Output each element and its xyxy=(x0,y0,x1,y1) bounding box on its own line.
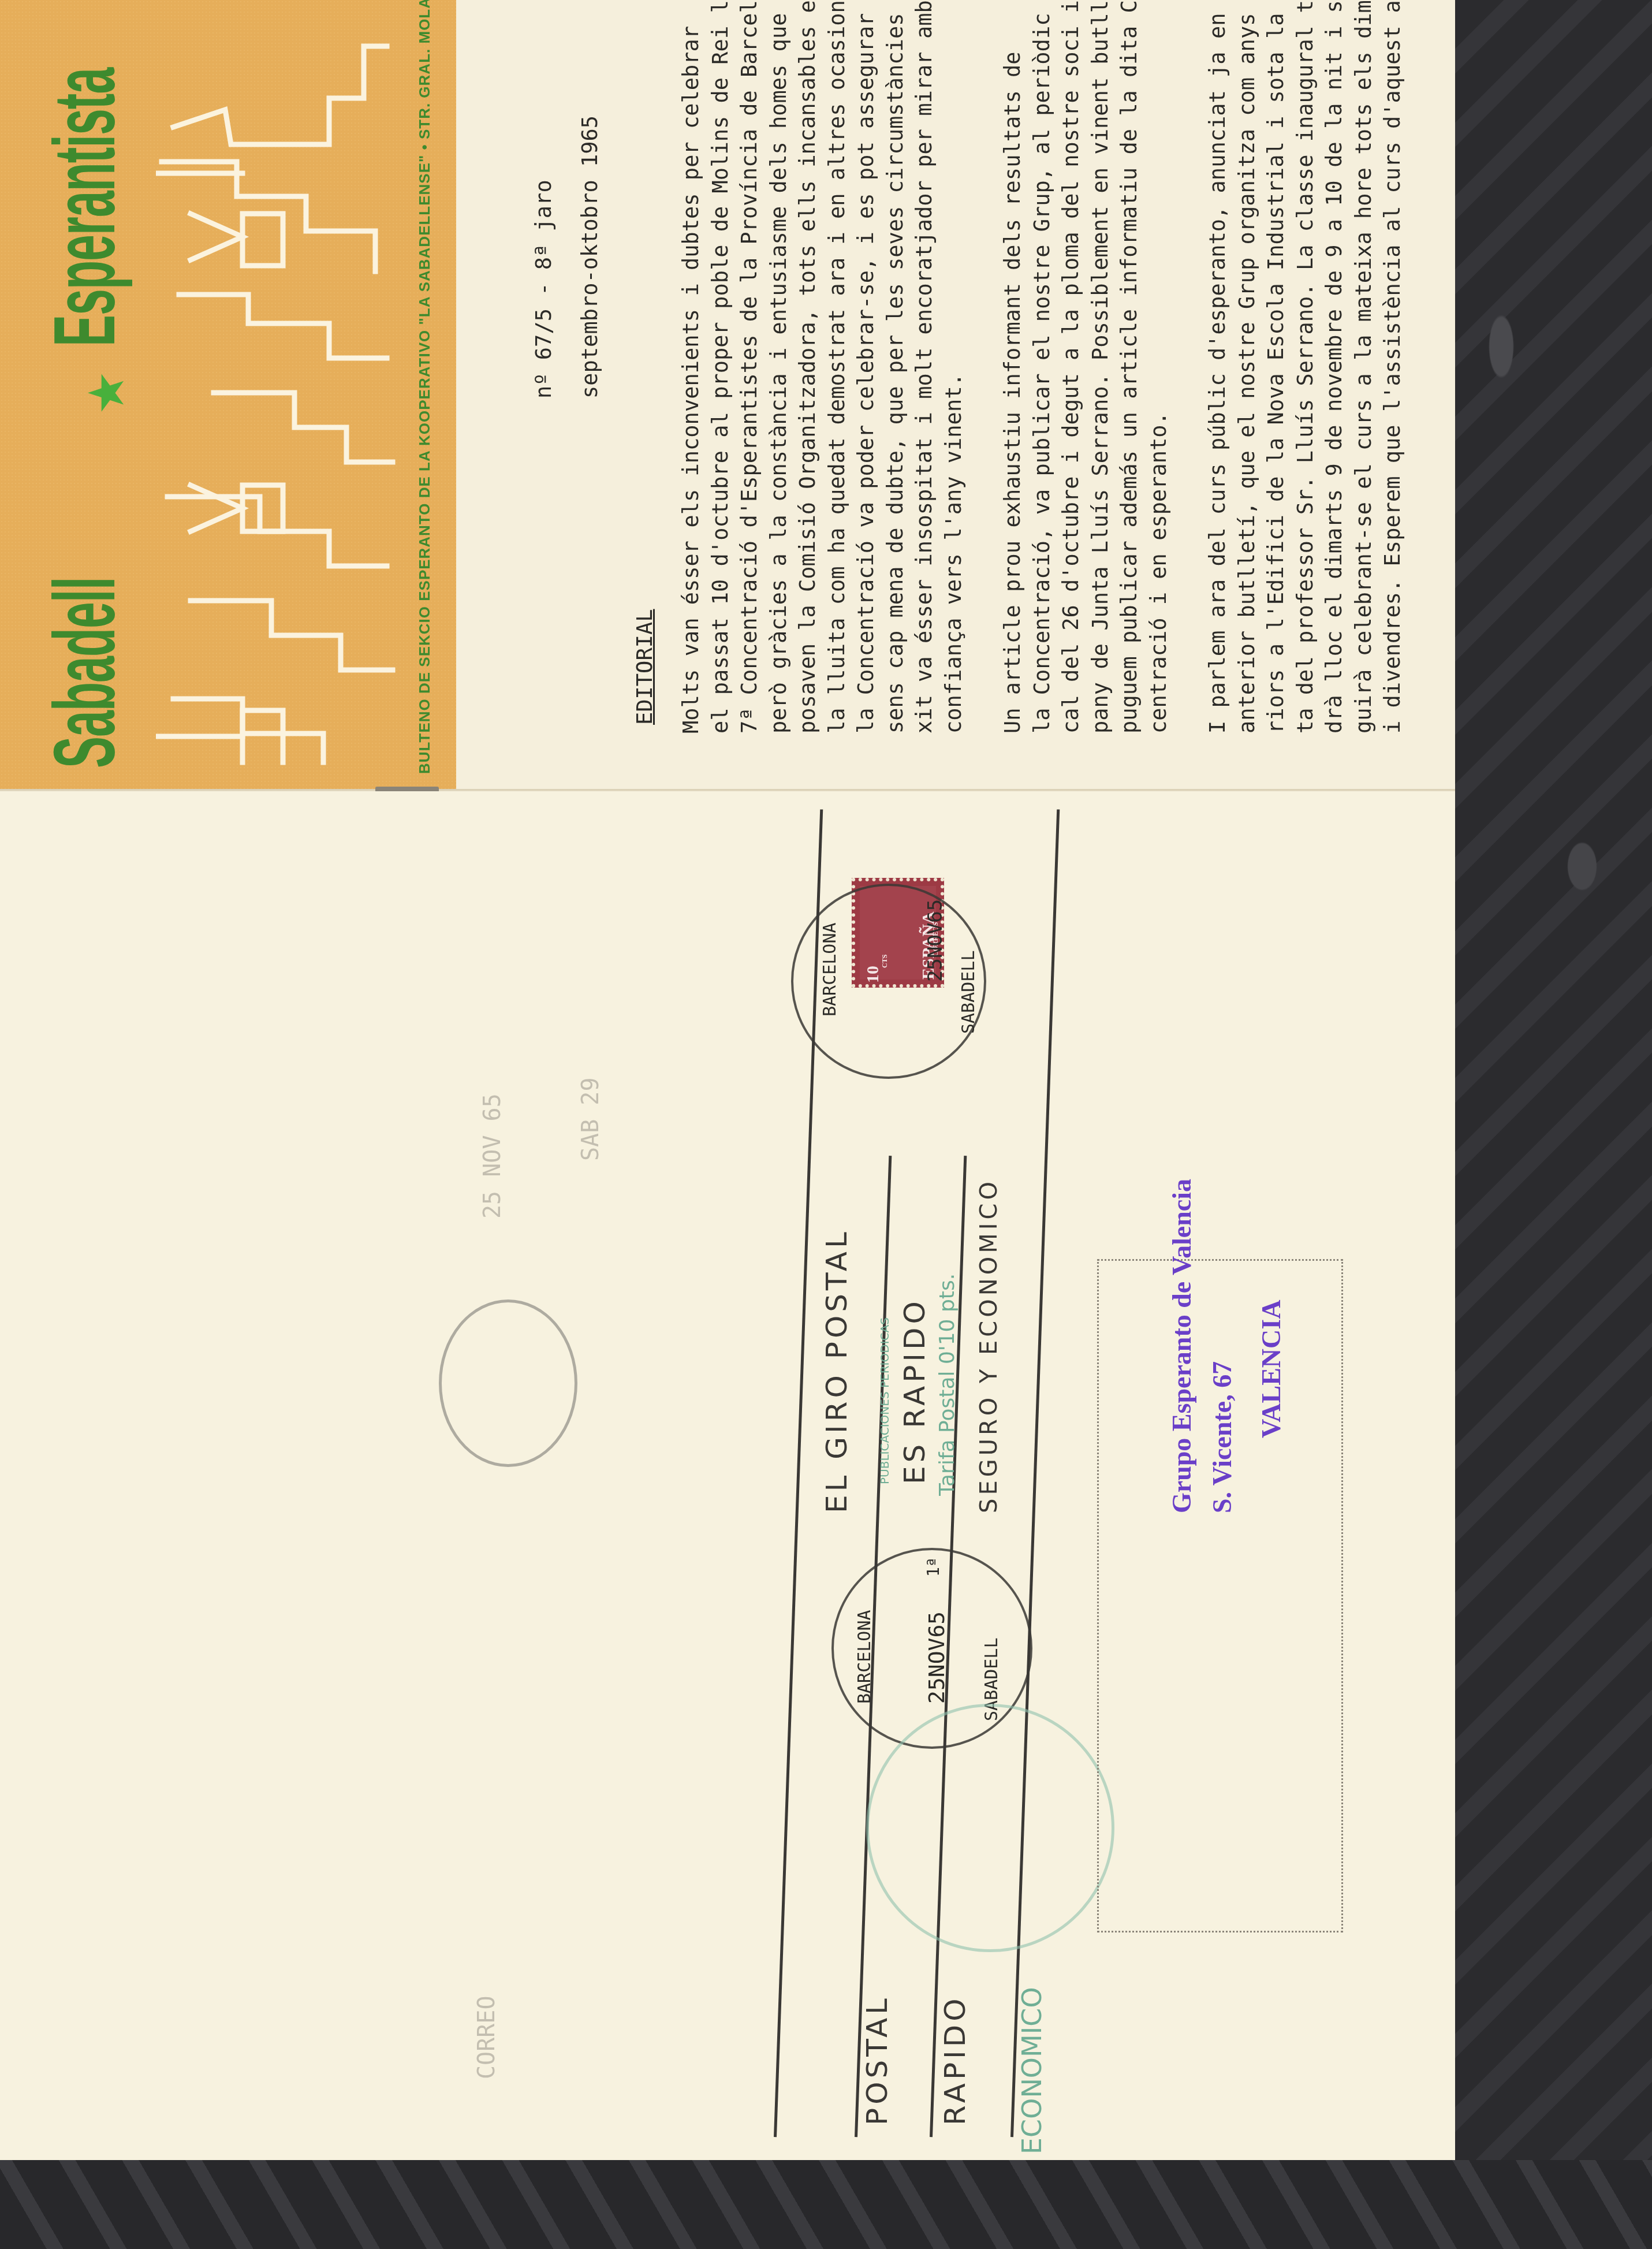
postmark-date: 25NOV65 xyxy=(924,899,947,982)
address-line-2: S. Vicente, 67 xyxy=(1207,1361,1237,1513)
cover-title-esperantista: Esperantista xyxy=(35,68,135,347)
background-fabric-bottom xyxy=(0,2160,1652,2249)
esperanto-star-icon: ★ xyxy=(69,361,133,425)
issue-number: nº 67/5 - 8ª jaro xyxy=(531,180,556,399)
tariff-stamp-small: PUBLICACIONES PERIODICAS xyxy=(878,1317,892,1484)
editorial-line: centració i en esperanto. xyxy=(1146,412,1171,733)
editorial-line: Molts van ésser els inconvenients i dubt… xyxy=(678,26,703,733)
tariff-stamp: Tarifa Postal 0'10 pts. xyxy=(935,1274,959,1496)
address-line-3: VALENCIA xyxy=(1256,1300,1286,1438)
editorial-line: Un article prou exhaustiu informant dels… xyxy=(1000,51,1025,733)
editorial-line: I parlem ara del curs públic d'esperanto… xyxy=(1205,13,1230,733)
postmark-slogan-2: ES RAPIDO xyxy=(898,1298,931,1484)
editorial-line: la lluita com ha quedat demostrat ara i … xyxy=(825,0,849,733)
bulletin-cover: Sabadell ★ Esperantista BULTENO DE SEKCI… xyxy=(0,0,456,791)
editorial-line: i divendres. Esperem que l'assistència a… xyxy=(1380,0,1405,733)
postmark-slogan-repeat: RAPIDO xyxy=(938,1995,972,2125)
editorial-line: la Concentració va poder celebrar-se, i … xyxy=(853,0,878,733)
editorial-line: confiança vers l'any vinent. xyxy=(941,373,966,733)
postmark-city: BARCELONA xyxy=(820,922,840,1016)
address-line-1: Grupo Esperanto de Valencia xyxy=(1166,1179,1197,1513)
cover-title-sabadell: Sabadell xyxy=(35,577,135,768)
editorial-line: ta del professor Sr. Lluís Serrano. La c… xyxy=(1293,0,1318,733)
editorial-line: 7ª Concentració d'Esperantistes de la Pr… xyxy=(737,0,762,733)
editorial-line: posaven la Comisió Organitzadora, tots e… xyxy=(795,0,820,733)
address-label xyxy=(1097,1259,1343,1932)
ghost-postmark xyxy=(439,1299,577,1467)
editorial-line: guirà celebrant-se el curs a la mateixa … xyxy=(1351,0,1376,733)
editorial-line: anterior butlletí, que el nostre Grup or… xyxy=(1235,0,1259,733)
ghost-text: CORREO xyxy=(473,1996,500,2080)
postmark-date-2: 25NOV65 xyxy=(924,1611,949,1704)
postmark-shift: 1ª xyxy=(924,1557,943,1577)
background-fabric xyxy=(1455,0,1652,2249)
green-seal-stamp xyxy=(866,1704,1114,1952)
issue-date: septembro-oktobro 1965 xyxy=(577,116,602,399)
editorial-heading: EDITORIAL xyxy=(632,609,657,725)
editorial-line: però gràcies a la constància i entusiasm… xyxy=(766,0,791,733)
editorial-line: puguem publicar además un article inform… xyxy=(1117,0,1142,733)
ghost-text: 25 NOV 65 xyxy=(479,1093,506,1219)
postmark-slogan-1: EL GIRO POSTAL xyxy=(820,1228,853,1513)
postmark-town: SABADELL xyxy=(959,951,979,1034)
cover-subtitle: BULTENO DE SEKCIO ESPERANTO DE LA KOOPER… xyxy=(416,0,434,774)
postmark-slogan-3: SEGURO Y ECONOMICO xyxy=(976,1178,1002,1513)
editorial-line: riors a l'Edifici de la Nova Escola Indu… xyxy=(1263,0,1288,733)
ghost-text: SAB 29 xyxy=(577,1078,604,1161)
postmark-city-2: BARCELONA xyxy=(855,1610,875,1704)
city-skyline-illustration xyxy=(156,23,398,768)
editorial-line: xit va ésser insospitat i molt encoratja… xyxy=(912,0,937,733)
editorial-line: drà lloc el dimarts 9 de novembre de 9 a… xyxy=(1322,0,1347,733)
green-seal-text: ECONOMICO xyxy=(1016,1987,1047,2154)
editorial-line: cal del 26 d'octubre i degut a la ploma … xyxy=(1058,0,1083,733)
editorial-line: la Concentració, va publicar el nostre G… xyxy=(1030,0,1054,733)
editorial-line: el passat 10 d'octubre al proper poble d… xyxy=(708,0,733,733)
editorial-line: sens cap mena de dubte, que per les seve… xyxy=(883,0,908,733)
postmark-slogan-repeat: POSTAL xyxy=(860,1995,894,2125)
editorial-line: pany de Junta Lluís Serrano. Possiblemen… xyxy=(1088,0,1113,733)
